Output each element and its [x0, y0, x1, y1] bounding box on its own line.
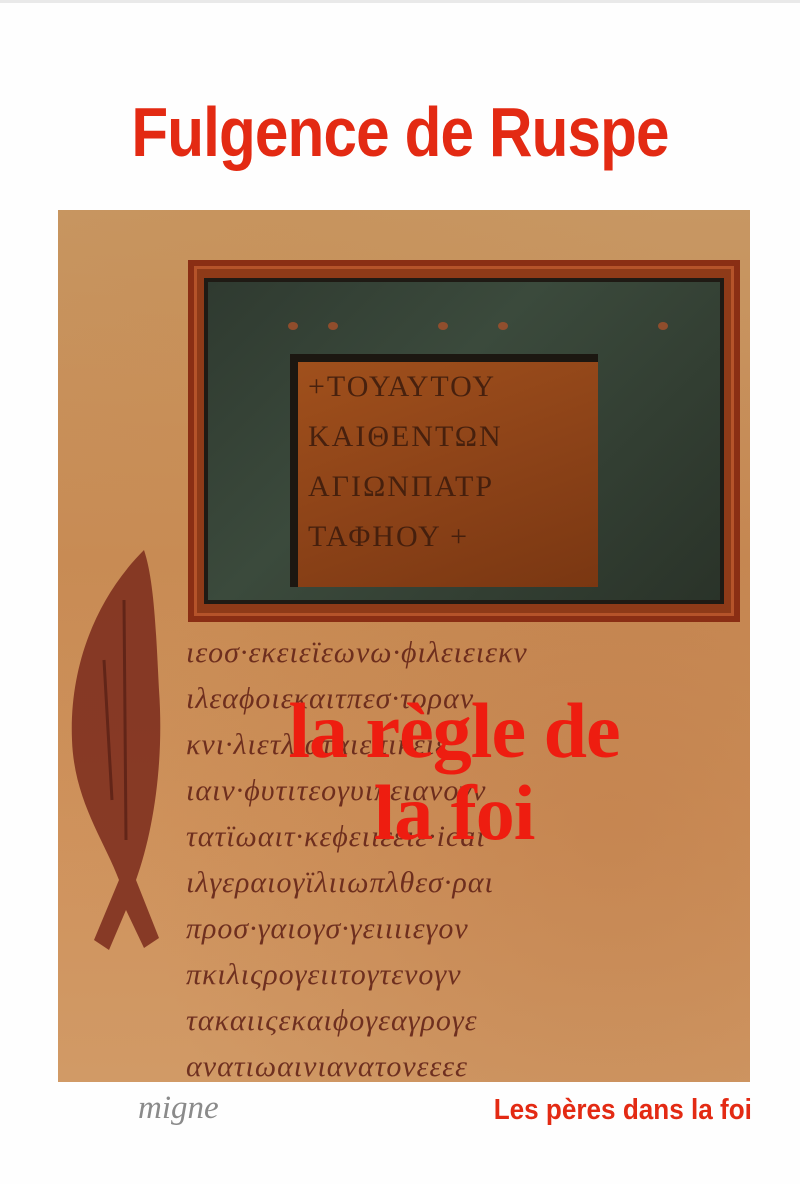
manuscript-illustration: +ΤΟΥΑΥΤΟΥ ΚΑΙΘΕΝΤΩΝ ΑΓΙΩΝΠΑΤΡ ΤΑΦΗΟΥ + ι… [58, 210, 750, 1082]
ornament-icon [498, 322, 508, 330]
ornament-icon [328, 322, 338, 330]
frame-text-line: ΤΑΦΗΟΥ + [298, 512, 598, 562]
title-line-2: la foi [158, 772, 750, 854]
ornament-icon [658, 322, 668, 330]
frame-text-line: ΑΓΙΩΝΠΑΤΡ [298, 462, 598, 512]
top-edge [0, 0, 800, 3]
script-line: προσ·γαιογσ·γειιιιεγον [186, 906, 746, 952]
script-line: ιεοσ·εκειεϊεωνω·ϕιλειειεκν [186, 630, 746, 676]
series-name: Les pères dans la foi [494, 1094, 752, 1127]
frame-ornaments [288, 322, 680, 342]
frame-text-line: +ΤΟΥΑΥΤΟΥ [298, 362, 598, 412]
frame-text-line: ΚΑΙΘΕΝΤΩΝ [298, 412, 598, 462]
book-cover: Fulgence de Ruspe +ΤΟΥΑΥΤΟΥ ΚΑΙΘΕΝΤΩΝ ΑΓ… [0, 0, 800, 1184]
frame-panel: +ΤΟΥΑΥΤΟΥ ΚΑΙΘΕΝΤΩΝ ΑΓΙΩΝΠΑΤΡ ΤΑΦΗΟΥ + [290, 354, 598, 587]
script-line: ανατιωαινιανατονεεεε [186, 1044, 746, 1082]
script-line: ιλγεραιογϊλιιωπλθεσ·ραι [186, 860, 746, 906]
ornament-icon [288, 322, 298, 330]
green-border: +ΤΟΥΑΥΤΟΥ ΚΑΙΘΕΝΤΩΝ ΑΓΙΩΝΠΑΤΡ ΤΑΦΗΟΥ + [204, 278, 724, 604]
title-frame: +ΤΟΥΑΥΤΟΥ ΚΑΙΘΕΝΤΩΝ ΑΓΙΩΝΠΑΤΡ ΤΑΦΗΟΥ + [188, 260, 740, 622]
ornament-icon [438, 322, 448, 330]
title-line-1: la règle de [158, 690, 750, 772]
script-line: πκιλιςρογειιτογτενογν [186, 952, 746, 998]
script-line: τακαιιςεκαιϕογεαγρογε [186, 998, 746, 1044]
author-name: Fulgence de Ruspe [56, 92, 744, 172]
publisher-name: migne [138, 1090, 219, 1127]
book-title: la règle de la foi [58, 690, 750, 854]
